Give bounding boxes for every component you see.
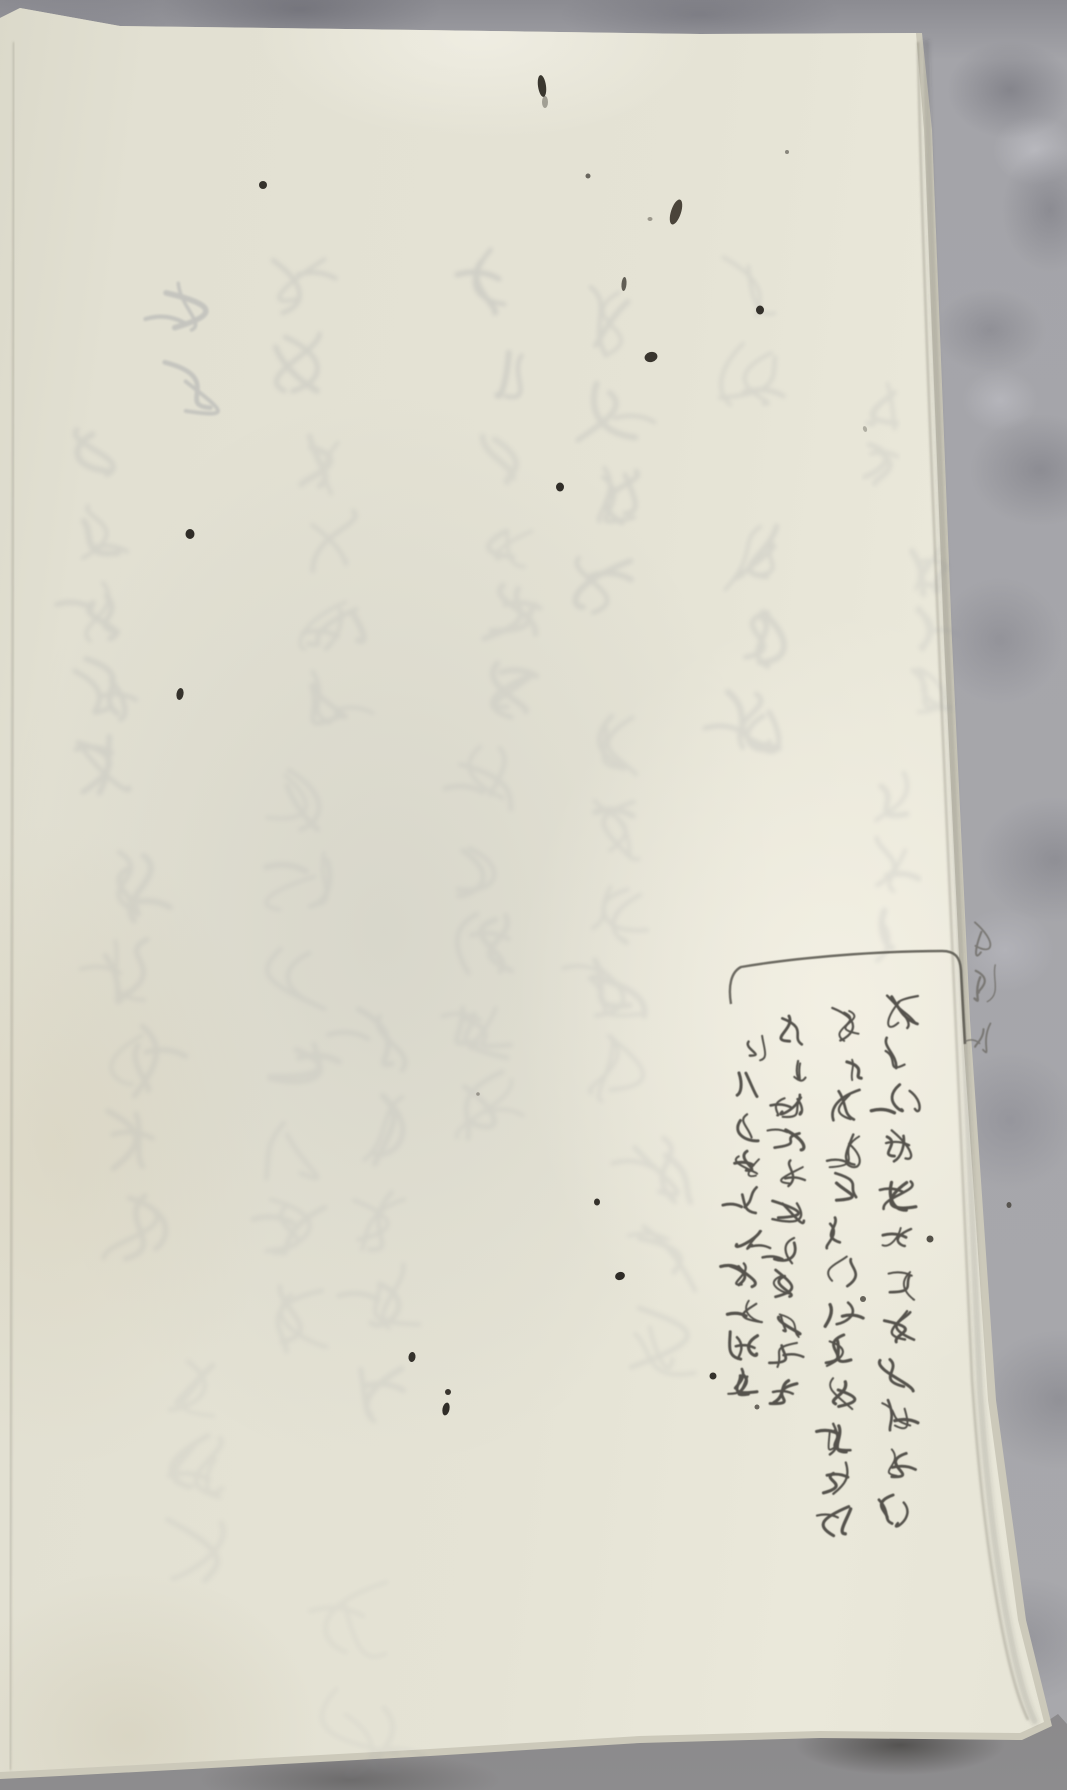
margin-note: 下ヶ札: [958, 914, 998, 1084]
text-column-4: 生涯下ヶ札を布申ニ而: [724, 1030, 804, 1430]
manuscript-photo: 此文河岸出并川下え候村々 を追兩大穀御案内四也目ニ付 永訳百七拾人程相掛り候 生…: [0, 0, 1067, 1790]
transcription-layer: 此文河岸出并川下え候村々 を追兩大穀御案内四也目ニ付 永訳百七拾人程相掛り候 生…: [0, 0, 1067, 1790]
